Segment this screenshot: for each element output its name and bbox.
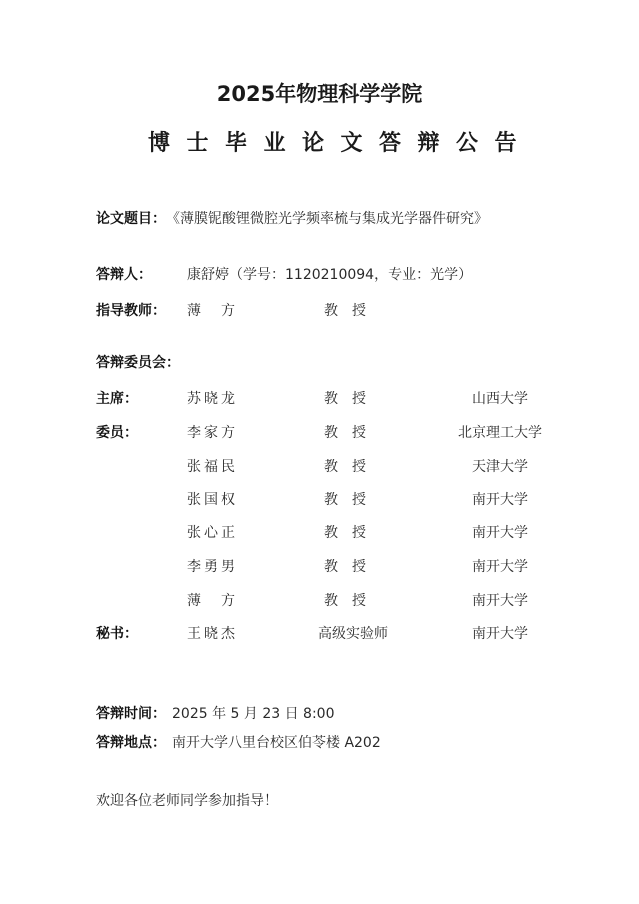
thesis-row: 论文题目： 《薄膜铌酸锂微腔光学频率梳与集成光学器件研究》 bbox=[0, 208, 639, 228]
defense-time-label: 答辩时间： bbox=[96, 703, 166, 723]
member-institution: 山西大学 bbox=[450, 388, 550, 408]
member-institution: 南开大学 bbox=[450, 522, 550, 542]
member-name: 张福民 bbox=[187, 456, 238, 476]
member-title: 教 授 bbox=[324, 422, 366, 442]
member-role: 主席： bbox=[96, 388, 138, 408]
committee-row: 秘书： 王晓杰 高级实验师 南开大学 bbox=[0, 623, 639, 643]
member-institution: 南开大学 bbox=[450, 556, 550, 576]
page-title: 2025年物理科学学院 bbox=[0, 78, 639, 108]
defense-place-row: 答辩地点： 南开大学八里台校区伯苓楼 A202 bbox=[0, 732, 639, 752]
candidate-label: 答辩人： bbox=[96, 264, 152, 284]
page-subtitle: 博士毕业论文答辩公告 bbox=[148, 126, 533, 157]
defense-place-value: 南开大学八里台校区伯苓楼 A202 bbox=[172, 732, 381, 752]
member-title: 教 授 bbox=[324, 489, 366, 509]
committee-row: 张心正 教 授 南开大学 bbox=[0, 522, 639, 542]
member-title: 教 授 bbox=[324, 388, 366, 408]
committee-row: 委员： 李家方 教 授 北京理工大学 bbox=[0, 422, 639, 442]
member-institution: 北京理工大学 bbox=[450, 422, 550, 442]
member-title: 教 授 bbox=[324, 556, 366, 576]
candidate-value: 康舒婷（学号：1120210094，专业：光学） bbox=[187, 264, 472, 284]
member-title: 教 授 bbox=[324, 522, 366, 542]
committee-row: 主席： 苏晓龙 教 授 山西大学 bbox=[0, 388, 639, 408]
advisor-label: 指导教师： bbox=[96, 300, 166, 320]
announcement-page: 2025年物理科学学院 博士毕业论文答辩公告 论文题目： 《薄膜铌酸锂微腔光学频… bbox=[0, 0, 639, 904]
advisor-title: 教 授 bbox=[324, 300, 366, 320]
member-name: 张心正 bbox=[187, 522, 238, 542]
member-name: 王晓杰 bbox=[187, 623, 238, 643]
member-institution: 南开大学 bbox=[450, 623, 550, 643]
member-institution: 天津大学 bbox=[450, 456, 550, 476]
advisor-row: 指导教师： 薄 方 教 授 bbox=[0, 300, 639, 320]
member-title: 教 授 bbox=[324, 590, 366, 610]
member-institution: 南开大学 bbox=[450, 489, 550, 509]
committee-row: 张福民 教 授 天津大学 bbox=[0, 456, 639, 476]
advisor-name: 薄 方 bbox=[187, 300, 238, 320]
committee-row: 李勇男 教 授 南开大学 bbox=[0, 556, 639, 576]
closing-text: 欢迎各位老师同学参加指导！ bbox=[96, 790, 278, 810]
member-institution: 南开大学 bbox=[450, 590, 550, 610]
member-title: 高级实验师 bbox=[318, 623, 388, 643]
member-name: 李勇男 bbox=[187, 556, 238, 576]
defense-time-value: 2025 年 5 月 23 日 8:00 bbox=[172, 703, 335, 723]
thesis-title: 《薄膜铌酸锂微腔光学频率梳与集成光学器件研究》 bbox=[166, 208, 488, 228]
committee-row: 薄 方 教 授 南开大学 bbox=[0, 590, 639, 610]
member-name: 李家方 bbox=[187, 422, 238, 442]
member-name: 张国权 bbox=[187, 489, 238, 509]
committee-heading-row: 答辩委员会： bbox=[0, 352, 639, 372]
member-title: 教 授 bbox=[324, 456, 366, 476]
defense-time-row: 答辩时间： 2025 年 5 月 23 日 8:00 bbox=[0, 703, 639, 723]
member-role: 秘书： bbox=[96, 623, 138, 643]
defense-place-label: 答辩地点： bbox=[96, 732, 166, 752]
closing-row: 欢迎各位老师同学参加指导！ bbox=[0, 790, 639, 810]
committee-heading: 答辩委员会： bbox=[96, 352, 180, 372]
member-name: 苏晓龙 bbox=[187, 388, 238, 408]
committee-row: 张国权 教 授 南开大学 bbox=[0, 489, 639, 509]
thesis-label: 论文题目： bbox=[96, 208, 166, 228]
member-name: 薄 方 bbox=[187, 590, 238, 610]
candidate-row: 答辩人： 康舒婷（学号：1120210094，专业：光学） bbox=[0, 264, 639, 284]
member-role: 委员： bbox=[96, 422, 138, 442]
